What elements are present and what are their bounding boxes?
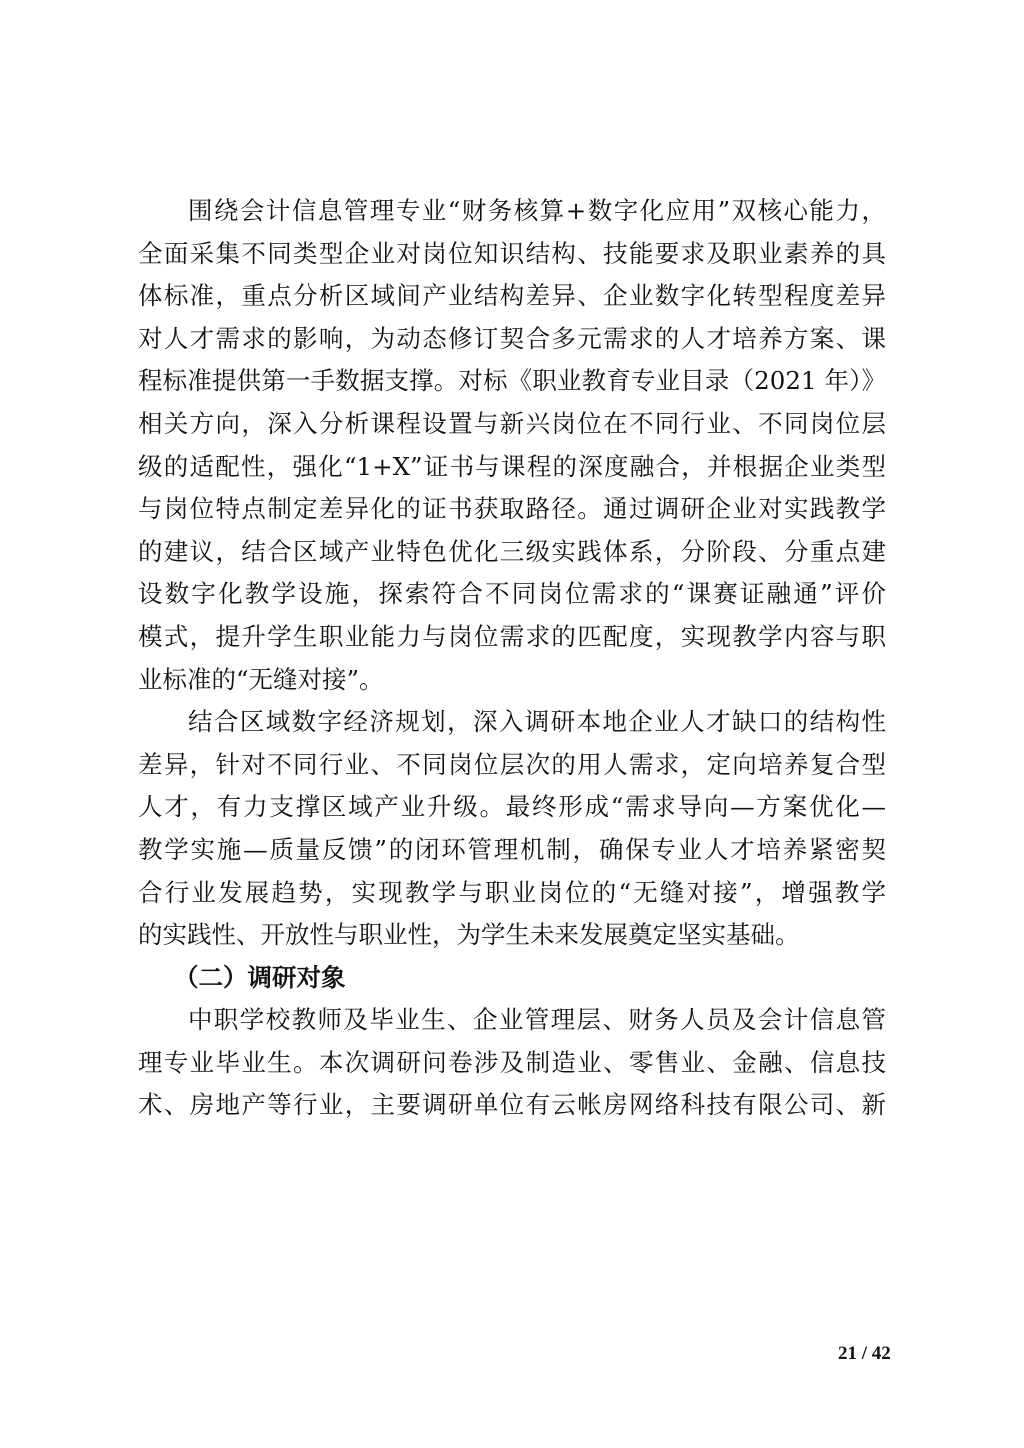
paragraph-2-line-2: 差异，针对不同行业、不同岗位层次的用人需求，定向培养复合型 <box>138 744 886 787</box>
section-heading: （二）调研对象 <box>138 957 886 1000</box>
paragraph-1-line-1: 围绕会计信息管理专业“财务核算+数字化应用”双核心能力， <box>138 190 886 233</box>
document-body: 围绕会计信息管理专业“财务核算+数字化应用”双核心能力， 全面采集不同类型企业对… <box>138 190 886 1127</box>
paragraph-1-line-11: 模式，提升学生职业能力与岗位需求的匹配度，实现教学内容与职 <box>138 616 886 659</box>
paragraph-2-line-3: 人才，有力支撑区域产业升级。最终形成“需求导向—方案优化— <box>138 786 886 829</box>
paragraph-1-line-10: 设数字化教学设施，探索符合不同岗位需求的“课赛证融通”评价 <box>138 573 886 616</box>
paragraph-1-line-7: 级的适配性，强化“1+X”证书与课程的深度融合，并根据企业类型 <box>138 446 886 489</box>
paragraph-1-line-4: 对人才需求的影响，为动态修订契合多元需求的人才培养方案、课 <box>138 318 886 361</box>
paragraph-2-line-1: 结合区域数字经济规划，深入调研本地企业人才缺口的结构性 <box>138 701 886 744</box>
paragraph-1-line-9: 的建议，结合区域产业特色优化三级实践体系，分阶段、分重点建 <box>138 531 886 574</box>
document-page: 围绕会计信息管理专业“财务核算+数字化应用”双核心能力， 全面采集不同类型企业对… <box>0 0 1024 1448</box>
section-paragraph-line-1: 中职学校教师及毕业生、企业管理层、财务人员及会计信息管 <box>138 999 886 1042</box>
section-paragraph-line-2: 理专业毕业生。本次调研问卷涉及制造业、零售业、金融、信息技 <box>138 1042 886 1085</box>
section-paragraph-line-3: 术、房地产等行业，主要调研单位有云帐房网络科技有限公司、新 <box>138 1084 886 1127</box>
paragraph-1-line-2: 全面采集不同类型企业对岗位知识结构、技能要求及职业素养的具 <box>138 233 886 276</box>
paragraph-2-line-5: 合行业发展趋势，实现教学与职业岗位的“无缝对接”，增强教学 <box>138 872 886 915</box>
paragraph-1-line-12: 业标准的“无缝对接”。 <box>138 659 886 702</box>
paragraph-2-line-4: 教学实施—质量反馈”的闭环管理机制，确保专业人才培养紧密契 <box>138 829 886 872</box>
paragraph-1-line-5: 程标准提供第一手数据支撑。对标《职业教育专业目录（2021 年）》 <box>138 360 886 403</box>
paragraph-1-line-3: 体标准，重点分析区域间产业结构差异、企业数字化转型程度差异 <box>138 275 886 318</box>
paragraph-1-line-6: 相关方向，深入分析课程设置与新兴岗位在不同行业、不同岗位层 <box>138 403 886 446</box>
page-number: 21 / 42 <box>838 1343 891 1365</box>
paragraph-1-line-8: 与岗位特点制定差异化的证书获取路径。通过调研企业对实践教学 <box>138 488 886 531</box>
paragraph-2-line-6: 的实践性、开放性与职业性，为学生未来发展奠定坚实基础。 <box>138 914 886 957</box>
